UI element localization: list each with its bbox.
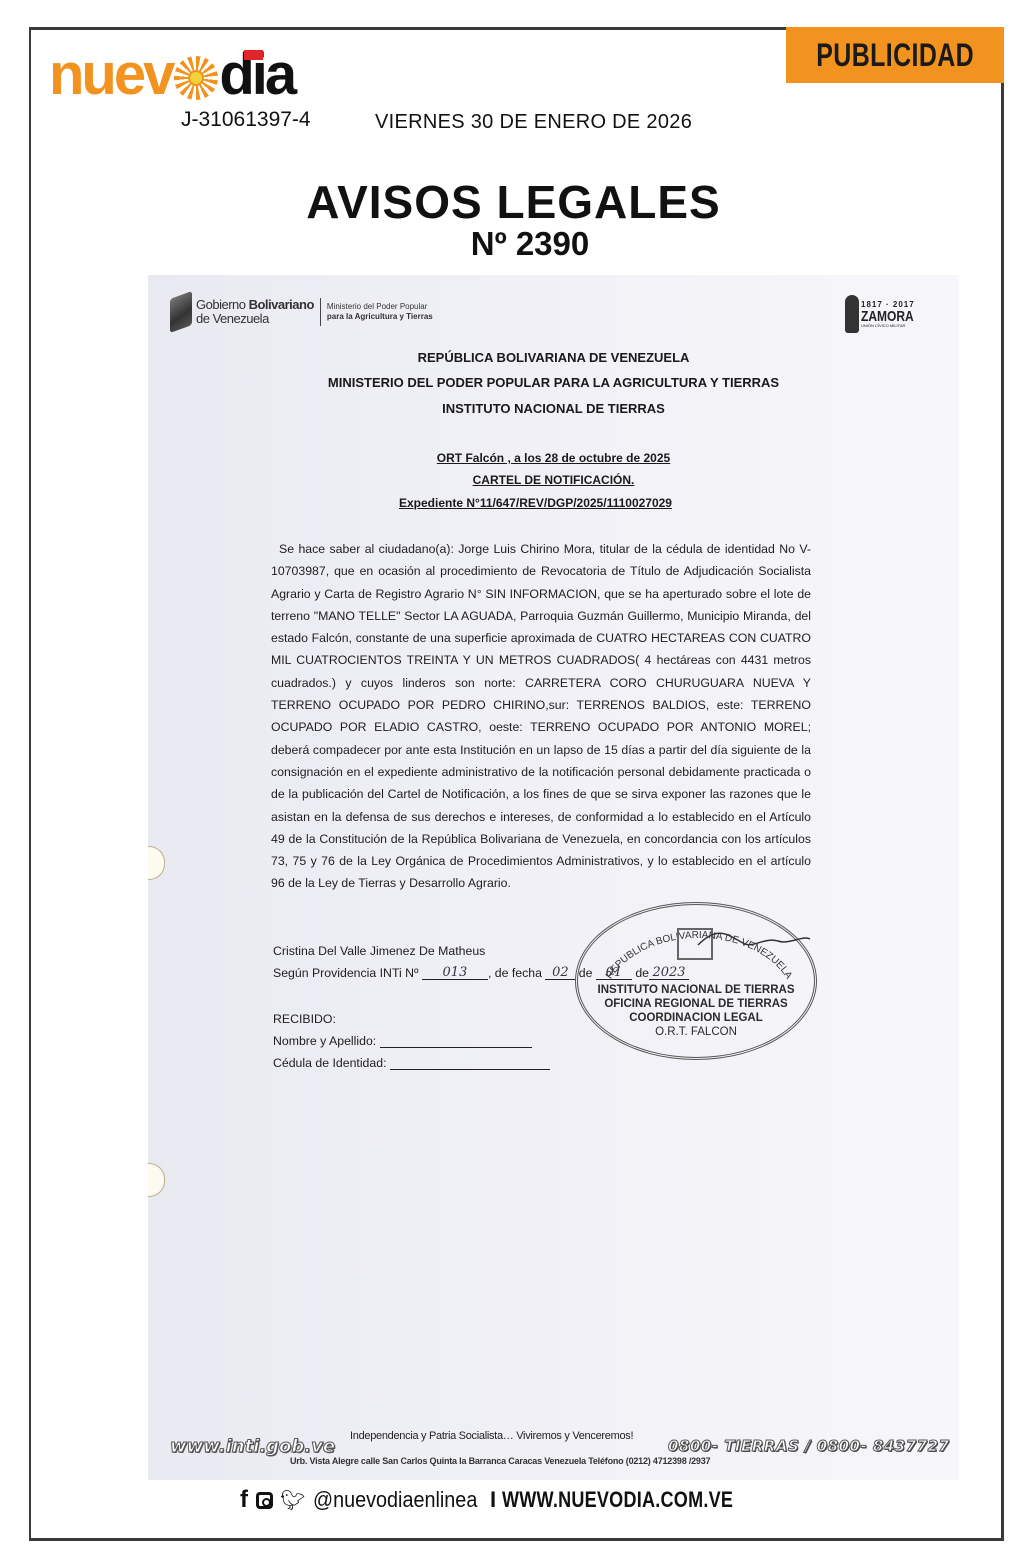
facebook-icon[interactable]: f [240, 1488, 248, 1512]
notice-paragraph: Se hace saber al ciudadano(a): Jorge Lui… [271, 538, 811, 895]
file-number: Expediente N°11/647/REV/DGP/2025/1110027… [130, 496, 941, 510]
zamora-name: ZAMORA [861, 309, 914, 324]
header-line: REPÚBLICA BOLIVARIANA DE VENEZUELA [148, 350, 959, 365]
page-title: AVISOS LEGALES [0, 175, 1027, 229]
providencia-label: Según Providencia INTi Nº [273, 966, 419, 980]
rif-number: J-31061397-4 [181, 108, 311, 132]
name-field-row: Nombre y Apellido: [273, 1033, 532, 1048]
publication-date: VIERNES 30 DE ENERO DE 2026 [375, 111, 692, 134]
instagram-icon[interactable] [256, 1492, 273, 1509]
official-stamp: REPUBLICA BOLIVARIANA DE VENEZUELA INSTI… [575, 902, 817, 1060]
ministry-line1: Ministerio del Poder Popular [327, 302, 428, 311]
stamp-line: COORDINACION LEGAL [578, 1011, 814, 1025]
stamp-line: INSTITUTO NACIONAL DE TIERRAS [578, 983, 814, 997]
gov-line1-bold: Bolivariano [249, 297, 314, 312]
fecha-label: , de fecha [488, 966, 542, 980]
inti-address: Urb. Vista Alegre calle San Carlos Quint… [290, 1456, 710, 1466]
name-field[interactable] [380, 1033, 532, 1048]
inti-website[interactable]: www.inti.gob.ve [170, 1436, 335, 1457]
nuevodia-logo: nuevdia [49, 44, 294, 104]
header-line: MINISTERIO DEL PODER POPULAR PARA LA AGR… [148, 375, 959, 390]
signer-name: Cristina Del Valle Jimenez De Matheus [273, 944, 485, 958]
social-handle[interactable]: @nuevodiaenlinea [313, 1487, 477, 1513]
document-type: CARTEL DE NOTIFICACIÓN. [148, 473, 959, 487]
inti-phones: 0800- TIERRAS / 0800- 8437727 [668, 1437, 949, 1455]
header-line: INSTITUTO NACIONAL DE TIERRAS [148, 401, 959, 416]
id-label: Cédula de Identidad: [273, 1056, 387, 1070]
newspaper-website[interactable]: WWW.NUEVODIA.COM.VE [502, 1487, 733, 1513]
zamora-portrait-icon [845, 295, 859, 333]
id-field-row: Cédula de Identidad: [273, 1055, 550, 1070]
stamp-arc-text: REPUBLICA BOLIVARIANA DE VENEZUELA [604, 930, 794, 981]
ministry-line2: para la Agricultura y Tierras [327, 312, 433, 321]
issue-number: Nº 2390 [0, 225, 1027, 263]
logo-text-nuev: nuev [49, 46, 172, 104]
flag-icon [170, 291, 192, 333]
stamp-line: OFICINA REGIONAL DE TIERRAS [578, 997, 814, 1011]
government-name: Gobierno Bolivariano de Venezuela [196, 298, 314, 326]
name-label: Nombre y Apellido: [273, 1034, 376, 1048]
logo-text-dia: dia [219, 46, 294, 104]
sun-icon [174, 56, 218, 100]
section-badge: PUBLICIDAD [786, 27, 1004, 83]
twitter-icon[interactable]: 🐦︎ [280, 1488, 305, 1513]
fecha-day: 02 [545, 965, 575, 980]
stamp-line: O.R.T. FALCON [578, 1025, 814, 1039]
government-logo: Gobierno Bolivariano de Venezuela Minist… [170, 295, 433, 329]
section-badge-label: PUBLICIDAD [816, 37, 974, 74]
footer-separator: I [490, 1487, 496, 1513]
svg-text:REPUBLICA BOLIVARIANA DE VENEZ: REPUBLICA BOLIVARIANA DE VENEZUELA [604, 930, 794, 981]
zamora-logo: 1817 · 2017 ZAMORA UNIÓN CÍVICO MILITAR [845, 295, 927, 333]
gov-line2: de Venezuela [196, 311, 269, 326]
ministry-name: Ministerio del Poder Popular para la Agr… [327, 302, 433, 322]
gov-line1: Gobierno [196, 297, 249, 312]
id-field[interactable] [390, 1055, 550, 1070]
notice-body: Se hace saber al ciudadano(a): Jorge Lui… [271, 538, 811, 895]
page-footer: f 🐦︎ @nuevodiaenlinea I WWW.NUEVODIA.COM… [240, 1487, 784, 1513]
received-label: RECIBIDO: [273, 1012, 336, 1026]
inti-slogan: Independencia y Patria Socialista… Vivir… [350, 1430, 633, 1442]
providencia-number: 013 [422, 965, 488, 980]
place-date: ORT Falcón , a los 28 de octubre de 2025 [148, 451, 959, 465]
divider [320, 298, 321, 326]
